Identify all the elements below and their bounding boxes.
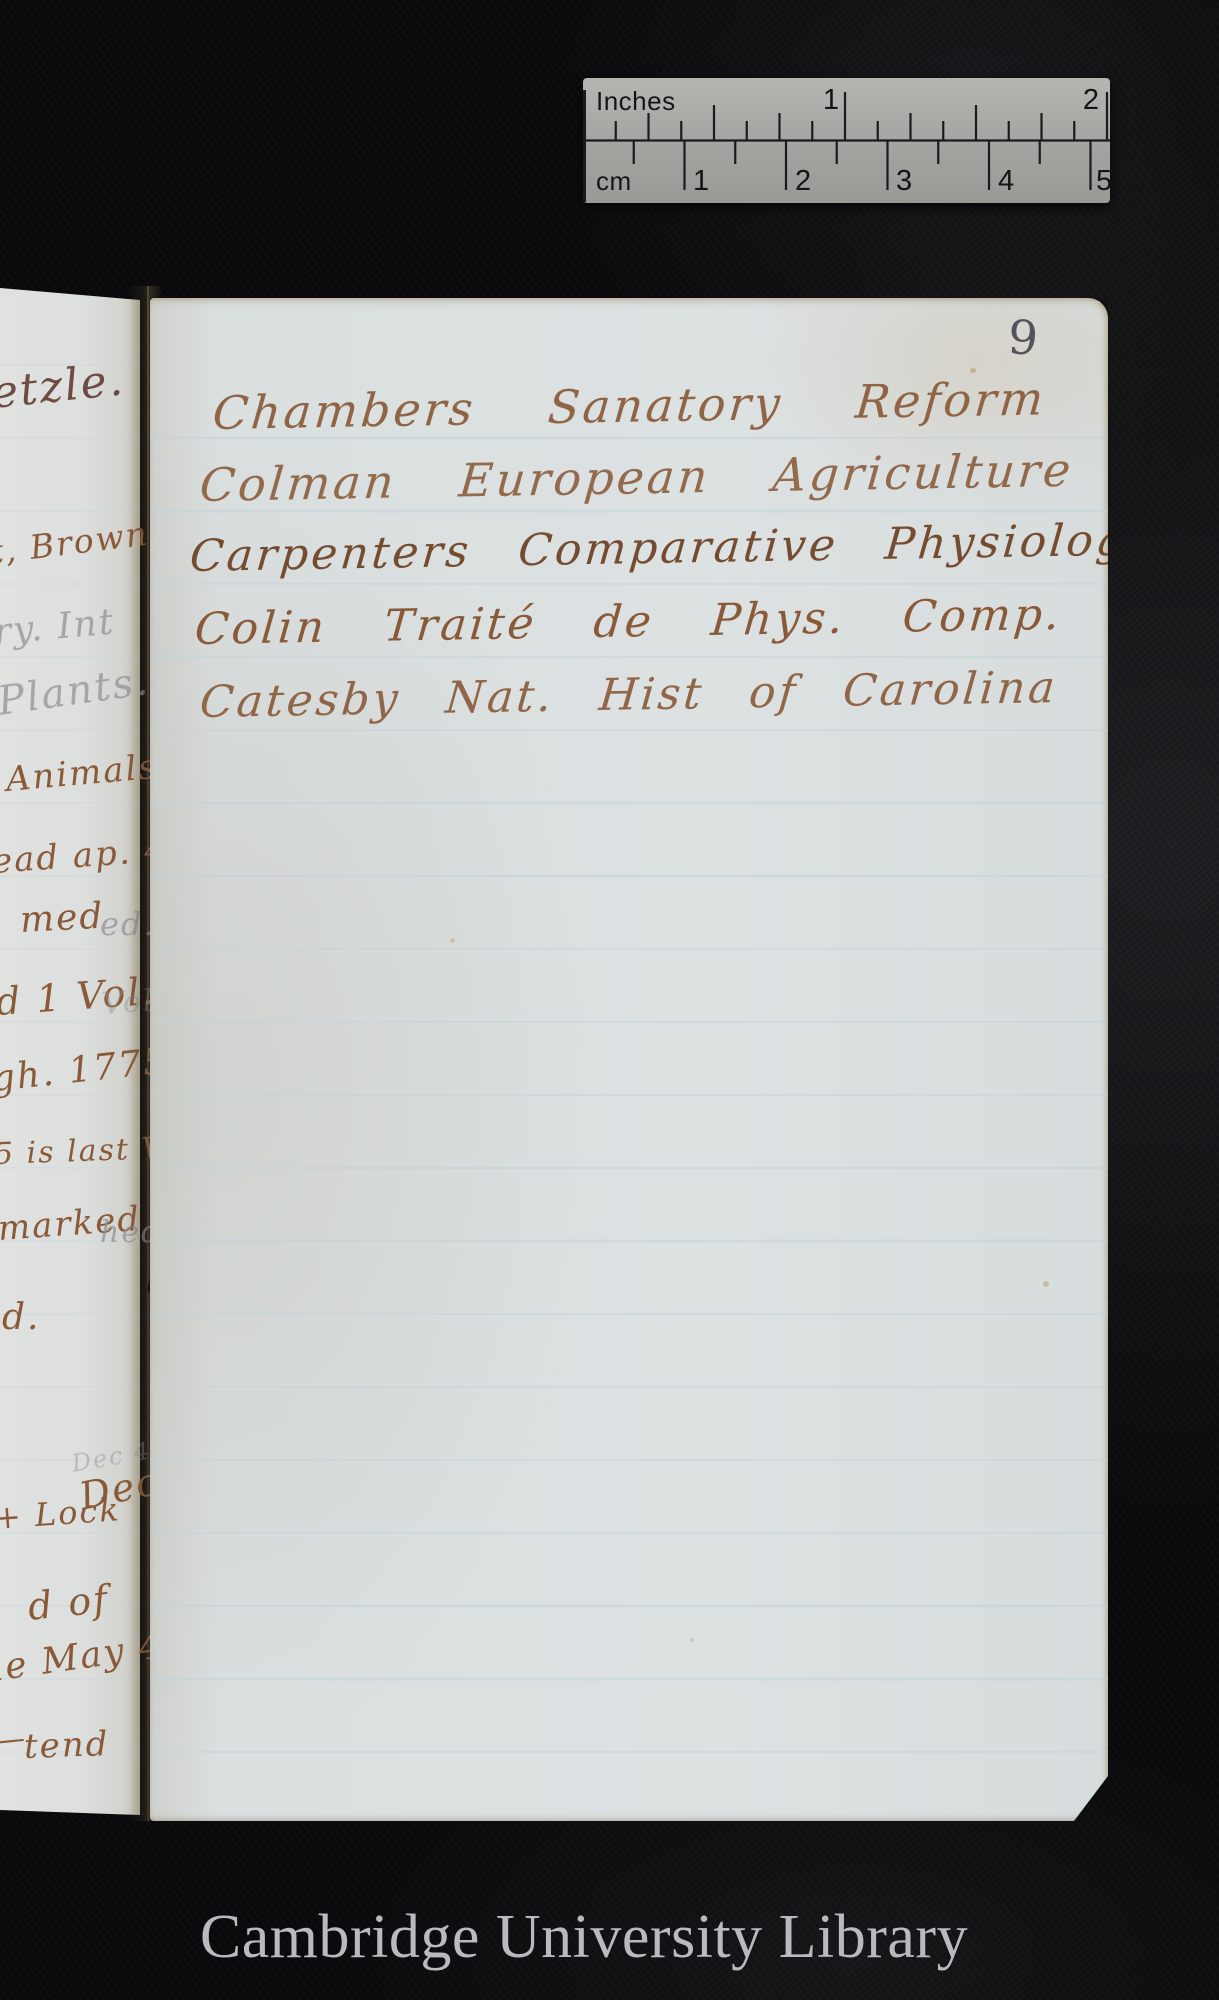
left-page-fragment: ry. Int xyxy=(0,604,117,650)
left-page-fragment: med xyxy=(19,899,105,939)
reading-list-entry: Catesby Nat. Hist of Carolina xyxy=(198,666,1059,725)
left-page-fragment: d of xyxy=(26,1580,111,1626)
ruler-cm-number: 4 xyxy=(998,165,1014,198)
ruler-cm-number: 5 xyxy=(1096,165,1112,198)
left-page-fragment: etzle. xyxy=(0,358,127,416)
foxing-spot xyxy=(450,938,455,943)
reading-list-entry: Colman European Agriculture xyxy=(198,447,1075,508)
reading-list-entry: Carpenters Comparative Physiology — xyxy=(188,517,1219,579)
ruler-inch-number: 2 xyxy=(1055,84,1099,117)
foxing-spot xyxy=(1043,1281,1049,1287)
library-watermark: Cambridge University Library xyxy=(200,1902,968,1973)
scale-ruler: Inches cm 1 2 1 2 3 4 5 xyxy=(583,78,1110,203)
page-number: 9 xyxy=(1006,310,1070,369)
ruler-cm-label: cm xyxy=(596,166,632,197)
page-fold-crease xyxy=(147,286,149,1821)
manuscript-page: 9 Chambers Sanatory Reform Colman Europe… xyxy=(150,298,1108,1821)
left-page-fragment: d. xyxy=(2,1300,41,1336)
reading-list-entry: Chambers Sanatory Reform xyxy=(211,375,1048,436)
foxing-spot xyxy=(690,1638,694,1642)
ruler-inch-number: 1 xyxy=(795,84,839,117)
ruler-inches-label: Inches xyxy=(596,86,676,117)
ruler-cm-number: 3 xyxy=(896,165,912,198)
reading-list-entry: Colin Traité de Phys. Comp. xyxy=(193,593,1064,652)
left-page-fragment: tend xyxy=(23,1727,110,1764)
ruler-cm-number: 1 xyxy=(693,165,709,198)
ruler-cm-number: 2 xyxy=(795,165,811,198)
notebook-photo: Inches cm 1 2 1 2 3 4 5 etzle. t, Brown'… xyxy=(0,0,1219,2000)
